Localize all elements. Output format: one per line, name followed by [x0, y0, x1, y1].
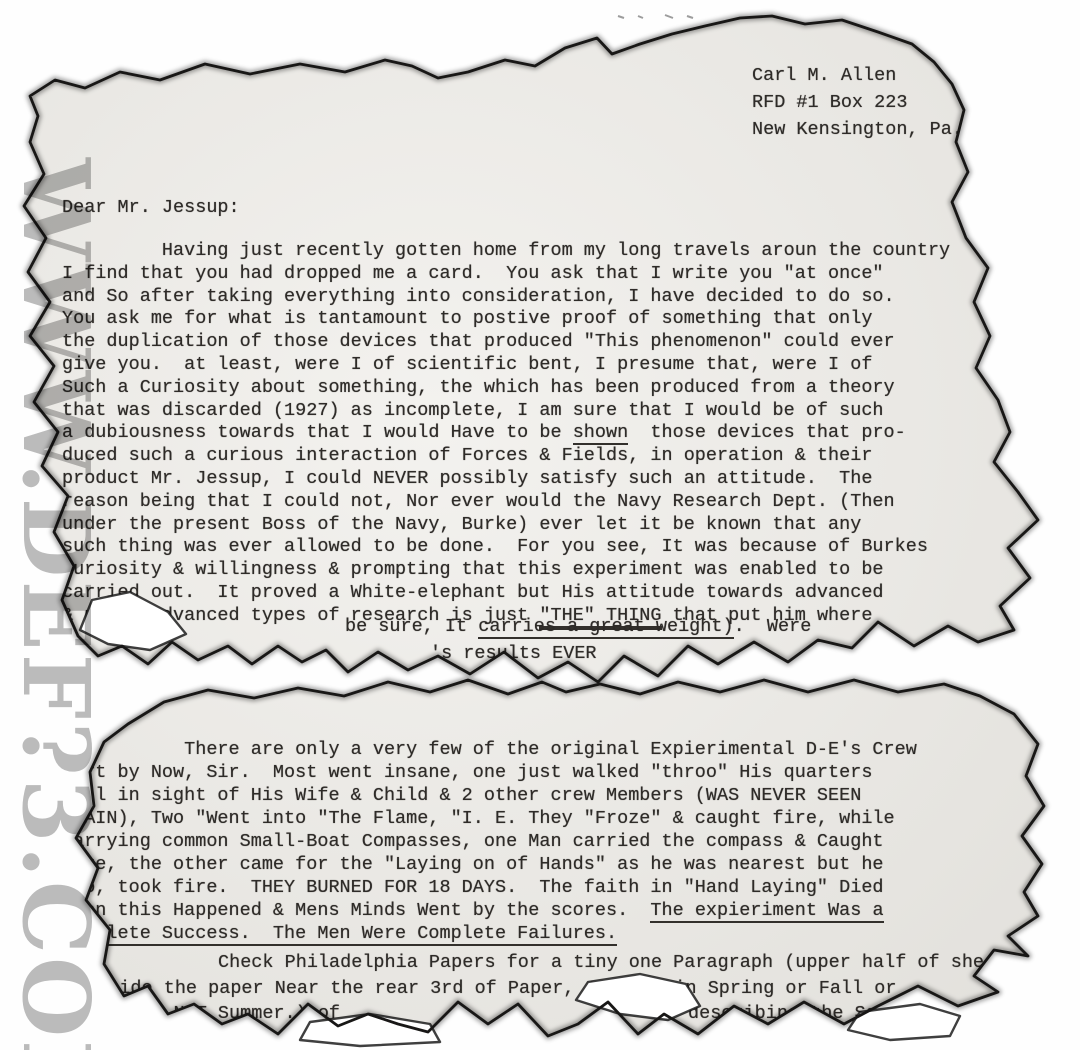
text-run: a dubiousness towards that I would Have …: [62, 422, 573, 443]
text-line: ter, NOT Summer.) of: [118, 1001, 340, 1026]
text-run: Having just recently gotten home from my…: [62, 240, 950, 261]
text-line: Left by Now, Sir. Most went insane, one …: [62, 761, 917, 784]
text-line: AGAIN), Two "Went into "The Flame, "I. E…: [62, 807, 917, 830]
text-run: duced such a curious interaction of Forc…: [62, 445, 872, 466]
paragraph-3-line-4b: Navy Yard: [755, 1026, 855, 1050]
text-run: Carl M. Allen: [752, 65, 896, 86]
text-line: fire, the other came for the "Laying on …: [62, 853, 917, 876]
underlined-text: The expieriment Was a: [650, 900, 883, 923]
sender-address: Carl M. AllenRFD #1 Box 223New Kensingto…: [752, 62, 963, 143]
text-line: inside the paper Near the rear 3rd of Pa…: [86, 976, 896, 1001]
text-run: reason being that I could not, Nor ever …: [62, 491, 895, 512]
text-line: reason being that I could not, Nor ever …: [62, 491, 950, 514]
text-run: You ask me for what is tantamount to pos…: [62, 308, 872, 329]
text-line: Voyage. THey: [148, 1026, 292, 1050]
text-run: carried out. It proved a White-elephant …: [62, 582, 884, 603]
paragraph-1: Having just recently gotten home from my…: [62, 240, 950, 628]
text-line: Carl M. Allen: [752, 62, 963, 89]
text-run: There are only a very few of the origina…: [62, 739, 917, 760]
text-line: New Kensington, Pa.: [752, 116, 963, 143]
paragraph-3-line-3a: ter, NOT Summer.) of: [118, 1001, 340, 1026]
paragraph-3-line-3b: describing the Sailors Actions after the: [688, 1001, 1080, 1026]
paragraph-3-line-4a: Voyage. THey: [148, 1026, 292, 1050]
torn-top-remnant-marks: [618, 15, 693, 18]
text-run: Voyage. THey: [148, 1028, 292, 1049]
text-run: inside the paper Near the rear 3rd of Pa…: [86, 978, 896, 999]
text-run: . Were: [734, 616, 812, 637]
text-run: Check Philadelphia Papers for a tiny one…: [218, 952, 1017, 973]
text-run: Dear Mr. Jessup:: [62, 197, 240, 218]
text-run: product Mr. Jessup, I could NEVER possib…: [62, 468, 872, 489]
paragraph-2: There are only a very few of the origina…: [62, 738, 917, 945]
salutation: Dear Mr. Jessup:: [62, 196, 240, 219]
text-run: under the present Boss of the Navy, Burk…: [62, 514, 861, 535]
text-line: the duplication of those devices that pr…: [62, 331, 950, 354]
text-line: duced such a curious interaction of Forc…: [62, 445, 950, 468]
text-run: that was discarded (1927) as incomplete,…: [62, 400, 884, 421]
torn-line-results: 's results EVER: [430, 642, 597, 665]
letter-scan: Carl M. AllenRFD #1 Box 223New Kensingto…: [0, 0, 1080, 1050]
paragraph-3-line-2: inside the paper Near the rear 3rd of Pa…: [86, 976, 896, 1001]
text-line: Wall in sight of His Wife & Child & 2 ot…: [62, 784, 917, 807]
text-line: describing the Sailors Actions after the: [688, 1001, 1080, 1026]
text-line: There are only a very few of the origina…: [62, 738, 917, 761]
paragraph-3-line-1: Check Philadelphia Papers for a tiny one…: [218, 950, 1017, 975]
text-line: Dear Mr. Jessup:: [62, 196, 240, 219]
text-run: the duplication of those devices that pr…: [62, 331, 895, 352]
text-run: describing the Sailors Actions after the: [688, 1003, 1080, 1024]
text-run: 's results EVER: [430, 643, 597, 664]
text-line: Curiosity & willingness & prompting that…: [62, 559, 950, 582]
text-run: When this Happened & Mens Minds Went by …: [62, 900, 650, 921]
text-line: product Mr. Jessup, I could NEVER possib…: [62, 468, 950, 491]
text-line: be sure, It carries a great weight). Wer…: [345, 615, 811, 638]
text-run: those devices that pro-: [628, 422, 906, 443]
text-run: AGAIN), Two "Went into "The Flame, "I. E…: [62, 808, 895, 829]
text-run: give you. at least, were I of scientific…: [62, 354, 872, 375]
text-line: Having just recently gotten home from my…: [62, 240, 950, 263]
text-line: Navy Yard: [755, 1026, 855, 1050]
text-run: carrying common Small-Boat Compasses, on…: [62, 831, 884, 852]
text-run: Wall in sight of His Wife & Child & 2 ot…: [62, 785, 861, 806]
underlined-text: shown: [573, 422, 629, 445]
text-line: such thing was ever allowed to be done. …: [62, 536, 950, 559]
text-run: such thing was ever allowed to be done. …: [62, 536, 928, 557]
text-run: ter, NOT Summer.) of: [118, 1003, 340, 1024]
text-line: Complete Success. The Men Were Complete …: [62, 922, 917, 945]
text-line: 's results EVER: [430, 642, 597, 665]
text-line: You ask me for what is tantamount to pos…: [62, 308, 950, 331]
text-run: and So after taking everything into cons…: [62, 286, 895, 307]
text-run: I find that you had dropped me a card. Y…: [62, 263, 884, 284]
text-run: fire, the other came for the "Laying on …: [62, 854, 884, 875]
text-line: under the present Boss of the Navy, Burk…: [62, 514, 950, 537]
text-run: RFD #1 Box 223: [752, 92, 907, 113]
text-line: that was discarded (1927) as incomplete,…: [62, 400, 950, 423]
text-line: and So after taking everything into cons…: [62, 286, 950, 309]
text-run: Such a Curiosity about something, the wh…: [62, 377, 895, 398]
text-line: a dubiousness towards that I would Have …: [62, 422, 950, 445]
text-line: give you. at least, were I of scientific…: [62, 354, 950, 377]
text-line: I find that you had dropped me a card. Y…: [62, 263, 950, 286]
text-line: too, took fire. THEY BURNED FOR 18 DAYS.…: [62, 876, 917, 899]
underlined-text: Complete Success. The Men Were Complete …: [62, 923, 617, 946]
text-line: carried out. It proved a White-elephant …: [62, 582, 950, 605]
text-run: too, took fire. THEY BURNED FOR 18 DAYS.…: [62, 877, 884, 898]
text-line: Such a Curiosity about something, the wh…: [62, 377, 950, 400]
text-run: Navy Yard: [755, 1028, 855, 1049]
text-run: New Kensington, Pa.: [752, 119, 963, 140]
text-run: be sure, It: [345, 616, 478, 637]
text-run: Curiosity & willingness & prompting that…: [62, 559, 884, 580]
text-line: RFD #1 Box 223: [752, 89, 963, 116]
torn-line-weight: be sure, It carries a great weight). Wer…: [345, 615, 811, 638]
text-line: Check Philadelphia Papers for a tiny one…: [218, 950, 1017, 975]
text-line: carrying common Small-Boat Compasses, on…: [62, 830, 917, 853]
underlined-text: carries a great weight): [478, 616, 733, 639]
text-run: Left by Now, Sir. Most went insane, one …: [62, 762, 872, 783]
text-line: When this Happened & Mens Minds Went by …: [62, 899, 917, 922]
